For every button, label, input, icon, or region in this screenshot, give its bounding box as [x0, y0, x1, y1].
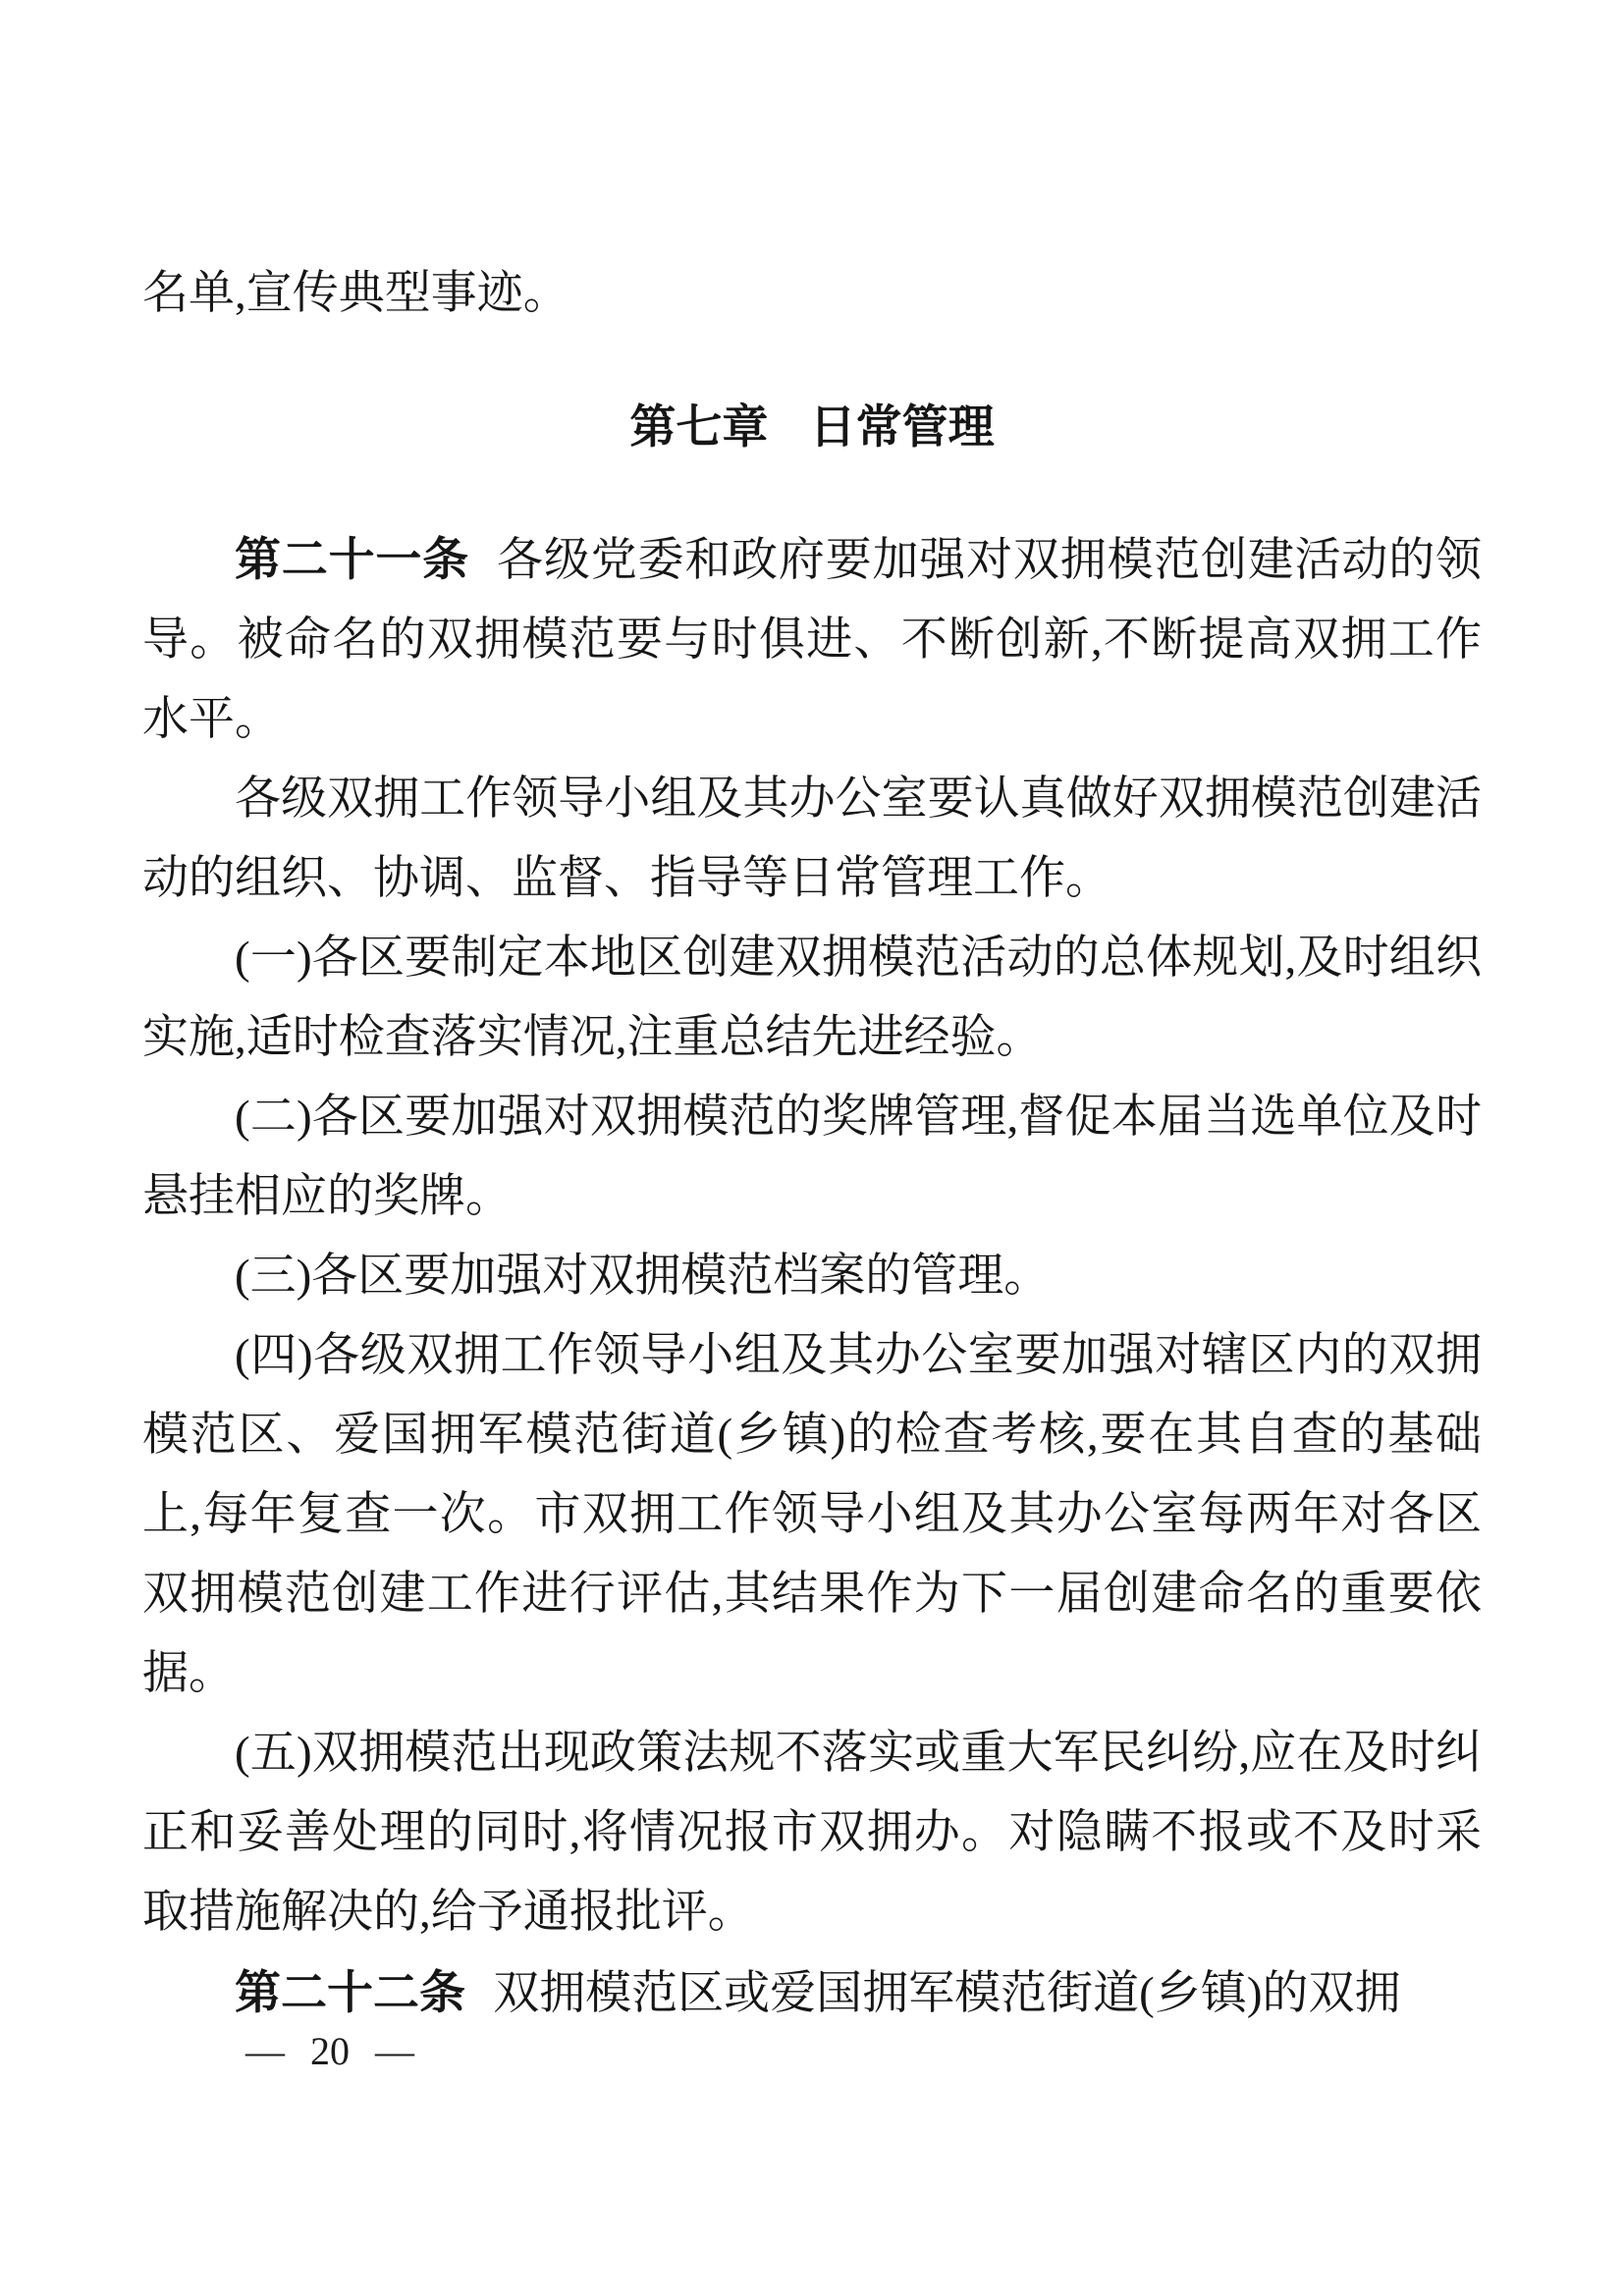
item-5-paragraph: (五)双拥模范出现政策法规不落实或重大军民纠纷,应在及时纠正和妥善处理的同时,将…: [142, 1714, 1482, 1952]
article-22-lead: 第二十二条: [235, 1966, 465, 2018]
item-4-paragraph: (四)各级双拥工作领导小组及其办公室要加强对辖区内的双拥模范区、爱国拥军模范街道…: [142, 1316, 1482, 1714]
article-21-lead: 第二十一条: [235, 533, 469, 585]
item-2-paragraph: (二)各区要加强对双拥模范的奖牌管理,督促本届当选单位及时悬挂相应的奖牌。: [142, 1078, 1482, 1237]
page-footer: —20—: [245, 2030, 414, 2073]
continuation-line: 名单,宣传典型事迹。: [142, 254, 1482, 334]
document-page: 名单,宣传典型事迹。 第七章日常管理 第二十一条各级党委和政府要加强对双拥模范创…: [0, 0, 1624, 2296]
article-22-text: 双拥模范区或爱国拥军模范街道(乡镇)的双拥: [493, 1968, 1400, 2019]
footer-dash-right: —: [375, 2029, 414, 2073]
chapter-title: 日常管理: [810, 400, 995, 453]
document-body: 名单,宣传典型事迹。 第七章日常管理 第二十一条各级党委和政府要加强对双拥模范创…: [142, 0, 1482, 2034]
page-number: 20: [310, 2029, 350, 2073]
footer-dash-left: —: [245, 2029, 285, 2073]
paragraph-daily-management: 各级双拥工作领导小组及其办公室要认真做好双拥模范创建活动的组织、协调、监督、指导…: [142, 760, 1482, 919]
item-3-paragraph: (三)各区要加强对双拥模范档案的管理。: [142, 1237, 1482, 1316]
chapter-heading: 第七章日常管理: [142, 387, 1482, 466]
item-1-paragraph: (一)各区要制定本地区创建双拥模范活动的总体规划,及时组织实施,适时检查落实情况…: [142, 919, 1482, 1078]
article-22-paragraph: 第二十二条双拥模范区或爱国拥军模范街道(乡镇)的双拥: [142, 1952, 1482, 2034]
chapter-number: 第七章: [629, 400, 768, 453]
article-21-paragraph: 第二十一条各级党委和政府要加强对双拥模范创建活动的领导。被命名的双拥模范要与时俱…: [142, 519, 1482, 760]
